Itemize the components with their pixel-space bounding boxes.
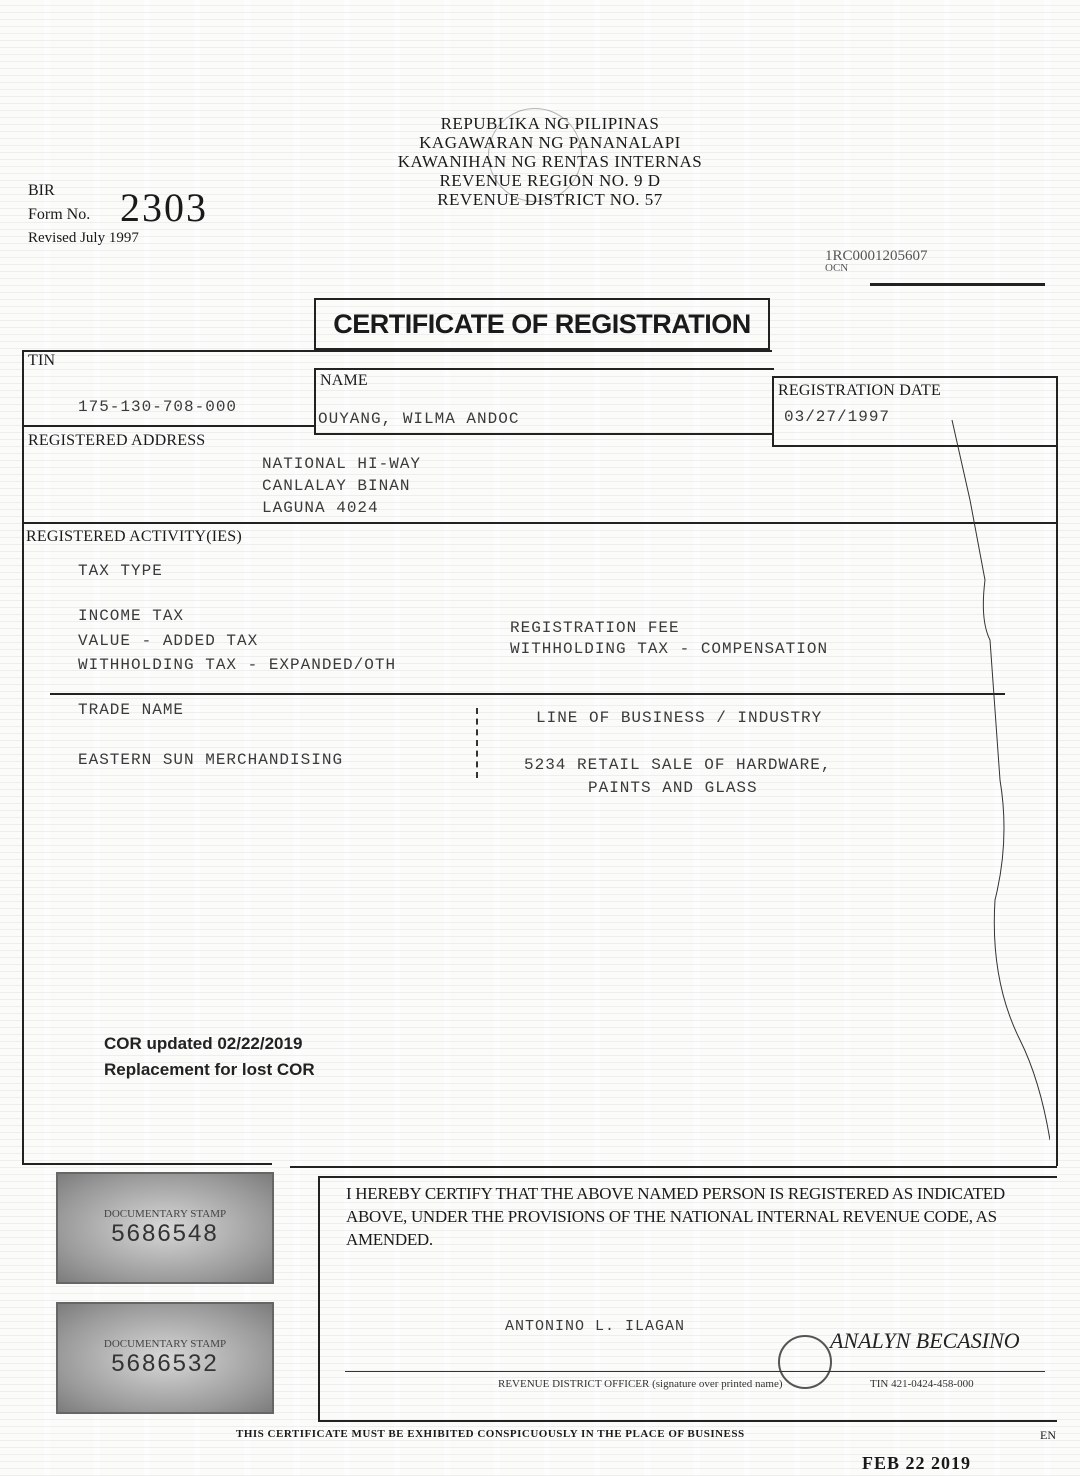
certify-bottom-line [318,1420,1057,1422]
tax-type-item: REGISTRATION FEE [510,619,680,637]
document-title-box: CERTIFICATE OF REGISTRATION [314,298,770,350]
agency-header: REPUBLIKA NG PILIPINAS KAGAWARAN NG PANA… [360,114,740,209]
trade-name-value: EASTERN SUN MERCHANDISING [78,751,343,769]
officer-caption: REVENUE DISTRICT OFFICER (signature over… [498,1378,783,1390]
bottom-left-line [22,1163,272,1165]
agency-line: REVENUE REGION NO. 9 D [360,171,740,190]
tax-type-item: INCOME TAX [78,607,184,625]
form-number: 2303 [120,184,208,231]
footer-corner-mark: EN [1040,1428,1056,1443]
frame-top-right-line [772,376,1057,378]
registration-date-label: REGISTRATION DATE [778,382,941,400]
line-of-business-value: PAINTS AND GLASS [588,779,758,797]
form-prefix: BIR [28,182,55,200]
date-divider [772,376,774,446]
address-line-2: CANLALAY BINAN [262,477,410,495]
trade-lob-divider [476,708,478,778]
trade-name-label: TRADE NAME [78,701,184,719]
stamp-label: DOCUMENTARY STAMP [104,1338,226,1350]
tin-label: TIN [28,352,55,370]
address-label: REGISTERED ADDRESS [28,432,205,450]
tin-bottom-line [22,425,314,427]
address-line-1: NATIONAL HI-WAY [262,455,421,473]
frame-right-line [1056,376,1058,1166]
signatory-tin: TIN 421-0424-458-000 [870,1378,974,1390]
document-title: CERTIFICATE OF REGISTRATION [333,309,751,340]
line-of-business-label: LINE OF BUSINESS / INDUSTRY [536,709,822,727]
signatory-signature: ANALYN BECASINO [830,1328,1020,1354]
certify-top-line [318,1176,1057,1178]
stamp-number: 5686548 [111,1220,218,1248]
officer-name: ANTONINO L. ILAGAN [505,1318,685,1335]
tax-type-item: WITHHOLDING TAX - COMPENSATION [510,640,828,658]
tax-type-item: WITHHOLDING TAX - EXPANDED/OTH [78,656,396,674]
agency-line: REPUBLIKA NG PILIPINAS [360,114,740,133]
documentary-stamp: DOCUMENTARY STAMP 5686548 [56,1172,274,1284]
tax-type-label: TAX TYPE [78,562,163,580]
cor-updated-note: COR updated 02/22/2019 [104,1034,302,1054]
bottom-right-line [290,1166,1057,1168]
name-top-line [314,368,774,370]
form-no-label: Form No. [28,206,90,224]
certify-left-line [318,1176,320,1421]
revised-label: Revised July 1997 [28,230,139,247]
stamp-label: DOCUMENTARY STAMP [104,1208,226,1220]
certification-text: I HEREBY CERTIFY THAT THE ABOVE NAMED PE… [346,1182,1046,1251]
address-line-3: LAGUNA 4024 [262,499,379,517]
tin-value: 175-130-708-000 [78,398,237,416]
name-value: OUYANG, WILMA ANDOC [318,410,519,428]
replacement-note: Replacement for lost COR [104,1060,315,1080]
address-bottom-line [22,522,1057,524]
stamp-number: 5686532 [111,1350,218,1378]
agency-line: KAGAWARAN NG PANANALAPI [360,133,740,152]
agency-line: KAWANIHAN NG RENTAS INTERNAS [360,152,740,171]
dry-seal-icon [778,1335,832,1389]
frame-top-line [22,350,772,352]
registration-date-value: 03/27/1997 [784,408,890,426]
name-label: NAME [320,372,368,390]
documentary-stamp: DOCUMENTARY STAMP 5686532 [56,1302,274,1414]
activities-label: REGISTERED ACTIVITY(IES) [26,528,242,546]
frame-left-line [22,350,24,1165]
signature-line [345,1371,1045,1372]
received-date-stamp: FEB 22 2019 [862,1453,971,1474]
footer-notice: THIS CERTIFICATE MUST BE EXHIBITED CONSP… [236,1428,745,1440]
agency-line: REVENUE DISTRICT NO. 57 [360,190,740,209]
ocn-underline [870,283,1045,286]
tax-type-item: VALUE - ADDED TAX [78,632,258,650]
ocn-label: OCN [825,262,848,274]
activities-divider [50,693,1005,695]
name-divider [314,368,316,434]
scribble-mark-icon [950,380,1050,1160]
line-of-business-value: 5234 RETAIL SALE OF HARDWARE, [524,756,831,774]
name-bottom-line [314,433,774,435]
